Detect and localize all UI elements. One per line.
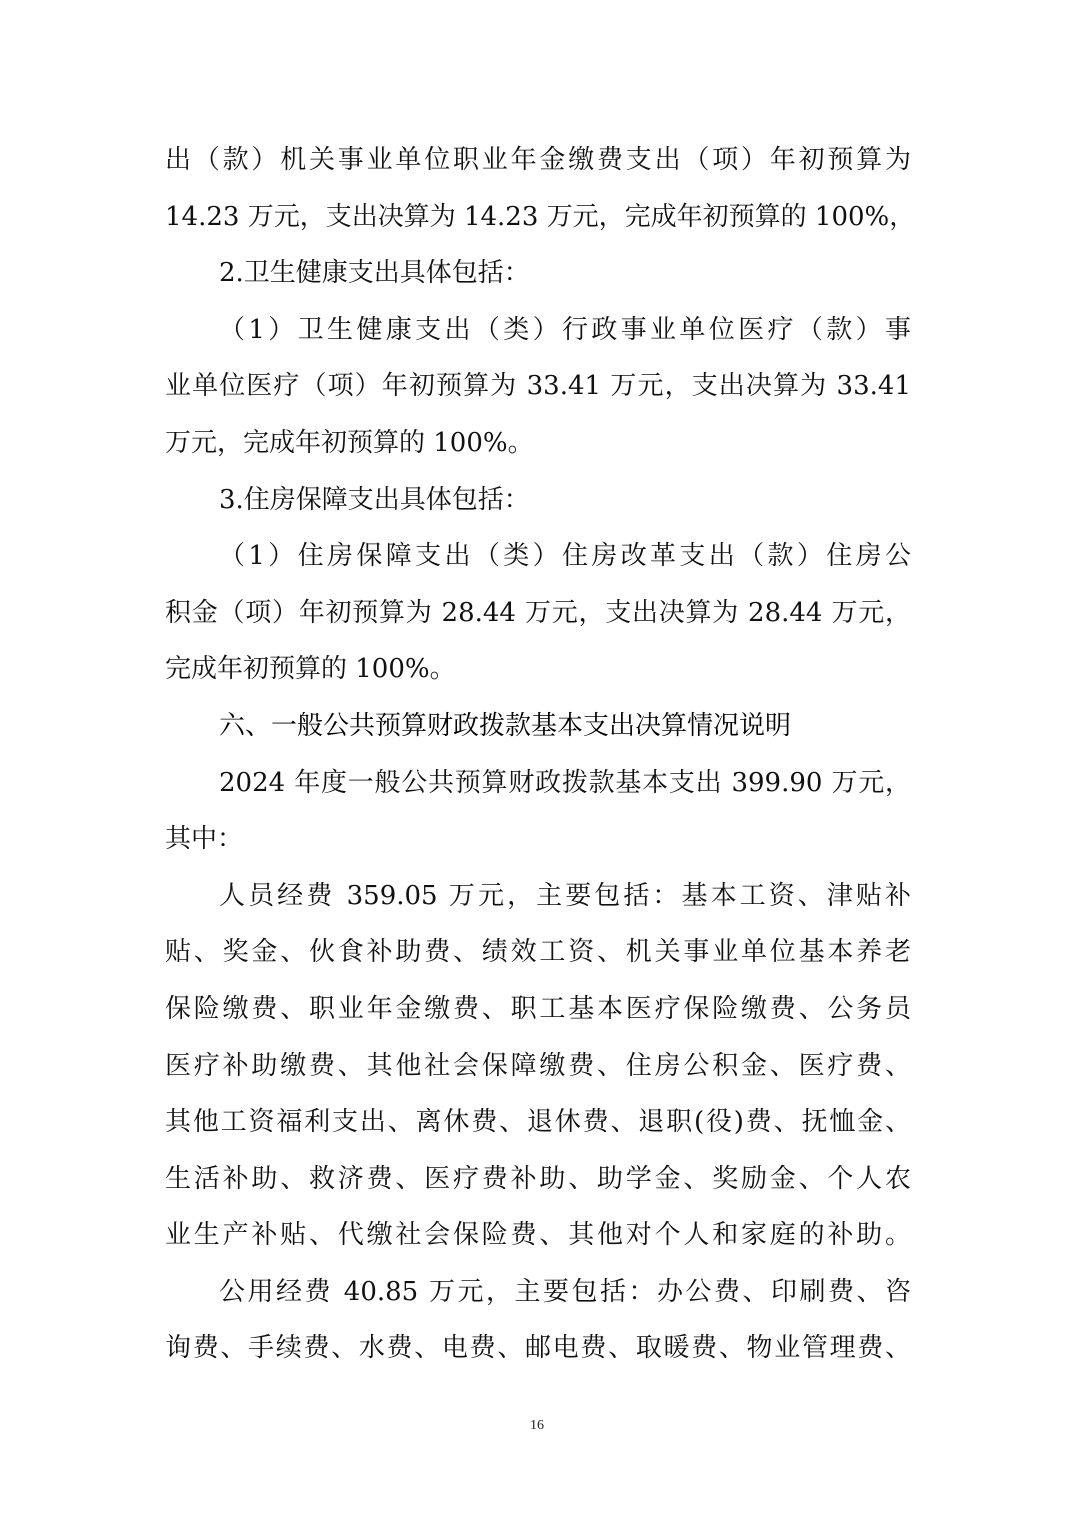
paragraph-line: 万元，完成年初预算的 100%。 <box>165 415 911 472</box>
paragraph-line: 医疗补助缴费、其他社会保障缴费、住房公积金、医疗费、 <box>165 1038 911 1095</box>
paragraph-line: 贴、奖金、伙食补助费、绩效工资、机关事业单位基本养老 <box>165 924 911 981</box>
paragraph-line: 其中： <box>165 811 911 868</box>
paragraph-line: 业单位医疗（项）年初预算为 33.41 万元，支出决算为 33.41 <box>165 358 911 415</box>
paragraph-line: 14.23 万元，支出决算为 14.23 万元，完成年初预算的 100%， <box>165 189 911 246</box>
paragraph-line: 保险缴费、职业年金缴费、职工基本医疗保险缴费、公务员 <box>165 981 911 1038</box>
paragraph-line: 业生产补贴、代缴社会保险费、其他对个人和家庭的补助。 <box>165 1207 911 1264</box>
paragraph-line: 出（款）机关事业单位职业年金缴费支出（项）年初预算为 <box>165 132 911 189</box>
paragraph-line: （1）卫生健康支出（类）行政事业单位医疗（款）事 <box>165 302 911 359</box>
paragraph-line: 其他工资福利支出、离休费、退休费、退职(役)费、抚恤金、 <box>165 1094 911 1151</box>
paragraph-line: 完成年初预算的 100%。 <box>165 641 911 698</box>
subsection-title-housing: 3.住房保障支出具体包括： <box>165 472 911 529</box>
subsection-title-health: 2.卫生健康支出具体包括： <box>165 245 911 302</box>
paragraph-line: 人员经费 359.05 万元，主要包括：基本工资、津贴补 <box>165 868 911 925</box>
paragraph-line: 积金（项）年初预算为 28.44 万元，支出决算为 28.44 万元， <box>165 585 911 642</box>
paragraph-line: 2024 年度一般公共预算财政拨款基本支出 399.90 万元， <box>165 755 911 812</box>
paragraph-line: 公用经费 40.85 万元，主要包括：办公费、印刷费、咨 <box>165 1264 911 1321</box>
paragraph-line: 询费、手续费、水费、电费、邮电费、取暖费、物业管理费、 <box>165 1320 911 1377</box>
paragraph-line: （1）住房保障支出（类）住房改革支出（款）住房公 <box>165 528 911 585</box>
document-body: 出（款）机关事业单位职业年金缴费支出（项）年初预算为 14.23 万元，支出决算… <box>165 132 911 1377</box>
document-page: 出（款）机关事业单位职业年金缴费支出（项）年初预算为 14.23 万元，支出决算… <box>0 0 1074 1520</box>
section-heading: 六、一般公共预算财政拨款基本支出决算情况说明 <box>165 698 911 755</box>
page-number: 16 <box>0 1418 1074 1434</box>
paragraph-line: 生活补助、救济费、医疗费补助、助学金、奖励金、个人农 <box>165 1151 911 1208</box>
